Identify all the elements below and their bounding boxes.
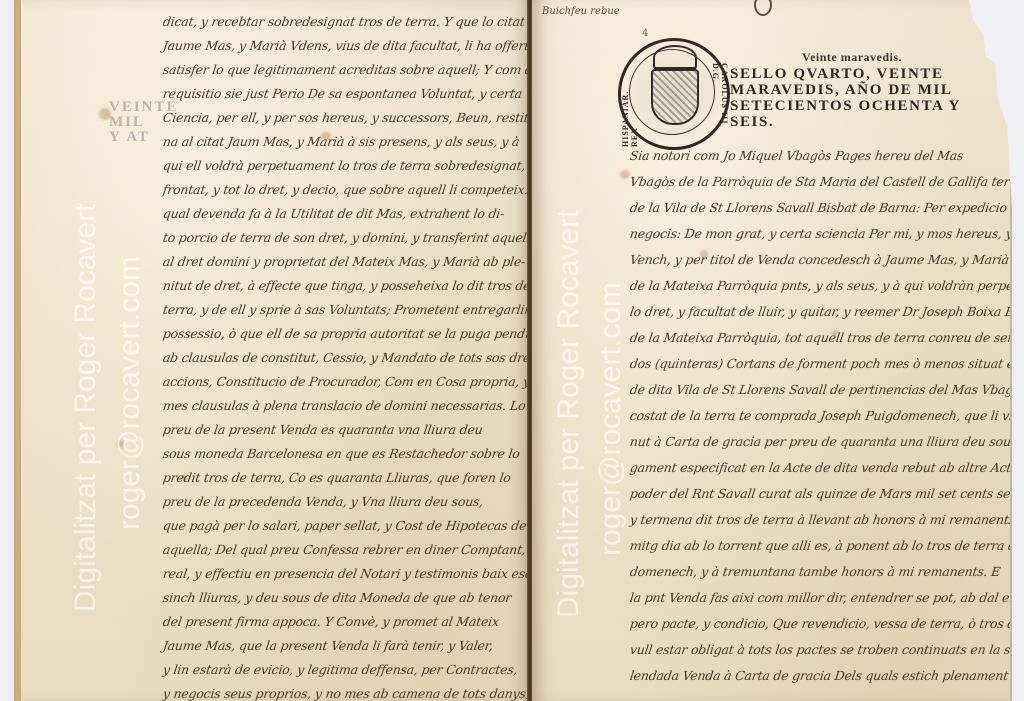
text-line: Jaume Mas, y Marià Vdens, vius de dita f…	[162, 38, 530, 53]
royal-seal-stamp: CAROLUS III D.G. HISPANIAR. REX	[618, 38, 730, 150]
text-line: sous moneda Barcelonesa en que es Restac…	[162, 446, 521, 461]
text-line: qual devenda fa à la Utilitat de dit Mas…	[162, 206, 505, 221]
text-line: predit tros de terra, Co es quaranta Lli…	[162, 470, 512, 485]
text-line: Sia notori com Jo Miquel Vbagòs Pages he…	[629, 148, 964, 163]
text-line: y lin estarà de evicio, y legitima deffe…	[162, 662, 519, 677]
stain	[620, 170, 630, 179]
text-line: mes clausulas à plena translacio de domi…	[162, 398, 527, 413]
text-line: Vbagòs de la Parròquia de Sta Maria del …	[629, 174, 1012, 189]
text-line: de la Vila de St Llorens Savall Bisbat d…	[629, 200, 1012, 215]
text-line: dicat, y recebtar sobredesignat tros de …	[162, 14, 526, 29]
text-line: na al citat Jaum Mas, y Marià à sis pres…	[162, 134, 521, 149]
text-line: aquella; Del qual preu Confessa rebrer e…	[162, 542, 527, 557]
text-line: preu de la present Venda es quaranta vna…	[162, 422, 484, 437]
text-line: pero pacte, y condicio, Que revendicio, …	[629, 616, 1012, 631]
text-line: del present firma appoca. Y Convè, y pro…	[162, 614, 500, 629]
seal-legend-right: CAROLUS III D.G.	[711, 63, 729, 147]
coat-of-arms-icon	[651, 69, 699, 125]
left-page: VEINTE MIL Y AT dicat, y recebtar sobred…	[18, 0, 531, 701]
text-line: to porcio de terra de son dret, y domini…	[162, 230, 531, 245]
text-line: qui ell voldrà perpetuament lo tros de t…	[162, 158, 531, 173]
seal-legend-left: HISPANIAR. REX	[621, 71, 639, 147]
text-line: que pagà per lo salari, paper sellat, y …	[162, 518, 528, 533]
text-line: lo dret, y facultat de lluir, y quitar, …	[629, 304, 1012, 319]
text-line: dos (quinteras) Cortans de forment poch …	[629, 356, 1012, 371]
text-line: domenech, y à tremuntana tambe honors à …	[629, 564, 1001, 579]
ink-circle-mark	[754, 0, 772, 16]
stamp-value: Veinte maravedis.	[802, 50, 902, 65]
stamp-heading: SELLO QVARTO, VEINTE MARAVEDIS, AÑO DE M…	[730, 66, 961, 130]
text-line: nitut de dret, à effecte que tinga, y po…	[162, 278, 531, 293]
text-line: poder del Rnt Savall curat als quinze de…	[629, 486, 1012, 501]
watermark-email: roger@rocavert.com	[113, 256, 147, 530]
text-line: y negocis seus proprios, y no mes ab cam…	[162, 686, 531, 701]
right-page: Buichfeu rebue 4 CAROLUS III D.G. HISPAN…	[532, 0, 1012, 701]
text-line: frontat, y tot lo dret, y decio, que sob…	[162, 182, 531, 197]
text-line: satisfer lo que legitimament acreditas s…	[162, 62, 531, 77]
text-line: vull estar obligat à tots los pactes se …	[629, 642, 1012, 657]
text-line: ab clausulas de constitut, Cessio, y Man…	[162, 350, 531, 365]
manuscript-spread: VEINTE MIL Y AT dicat, y recebtar sobred…	[0, 0, 1024, 701]
text-line: mitg dia ab lo torrent que alli es, à po…	[629, 538, 1012, 553]
text-line: de dita Vila de St Llorens Savall de per…	[629, 382, 1012, 397]
text-line: terra, y de ell y sprie à sas Voluntats;…	[162, 302, 531, 317]
margin-note: Buichfeu rebue	[542, 6, 620, 17]
text-line: al dret domini y proprietat del Mateix M…	[162, 254, 526, 269]
text-line: costat de la terra te comprada Joseph Pu…	[629, 408, 1012, 423]
text-line: negocis: De mon grat, y certa sciencia P…	[629, 226, 1012, 241]
text-line: nut à Carta de gracia per preu de quaran…	[629, 434, 1012, 449]
text-line: Ciencia, per ell, y per sos hereus, y su…	[162, 110, 531, 125]
text-line: preu de la precedenda Venda, y Vna lliur…	[162, 494, 484, 509]
text-line: possessio, ò que ell de sa propria autor…	[162, 326, 531, 341]
text-line: lendada Venda à Carta de gracia Dels qua…	[629, 668, 1012, 683]
text-line: de la Mateixa Parròquia, tot aquell tros…	[629, 330, 1012, 345]
text-line: sinch lliuras, y deu sous de dita Moneda…	[162, 590, 512, 605]
text-line: Vench, y per titol de Venda concedesch à…	[629, 252, 1012, 267]
text-line: accions, Constitucio de Procurador, Com …	[162, 374, 531, 389]
text-line: y termena dit tros de terra à llevant ab…	[629, 512, 1012, 527]
text-line: la pnt Venda fas aixi com millor dir, en…	[629, 590, 1012, 605]
watermark-email: roger@rocavert.com	[594, 282, 628, 556]
text-line: real, y effectiu en presencia del Notari…	[162, 566, 531, 581]
text-line: de la Mateixa Parròquia pnts, y als seus…	[629, 278, 1012, 293]
crown-icon	[653, 45, 697, 70]
text-line: gament especificat en la Acte de dita ve…	[629, 460, 1012, 475]
text-line: requisitio sie just Perio De sa espontan…	[162, 86, 523, 101]
text-line: Jaume Mas, que la present Venda li farà …	[162, 638, 494, 653]
folio-mark: 4	[642, 28, 648, 39]
watermark-credit: Digitalitzat per Roger Rocavert	[69, 203, 103, 612]
watermark-credit: Digitalitzat per Roger Rocavert	[552, 209, 586, 618]
